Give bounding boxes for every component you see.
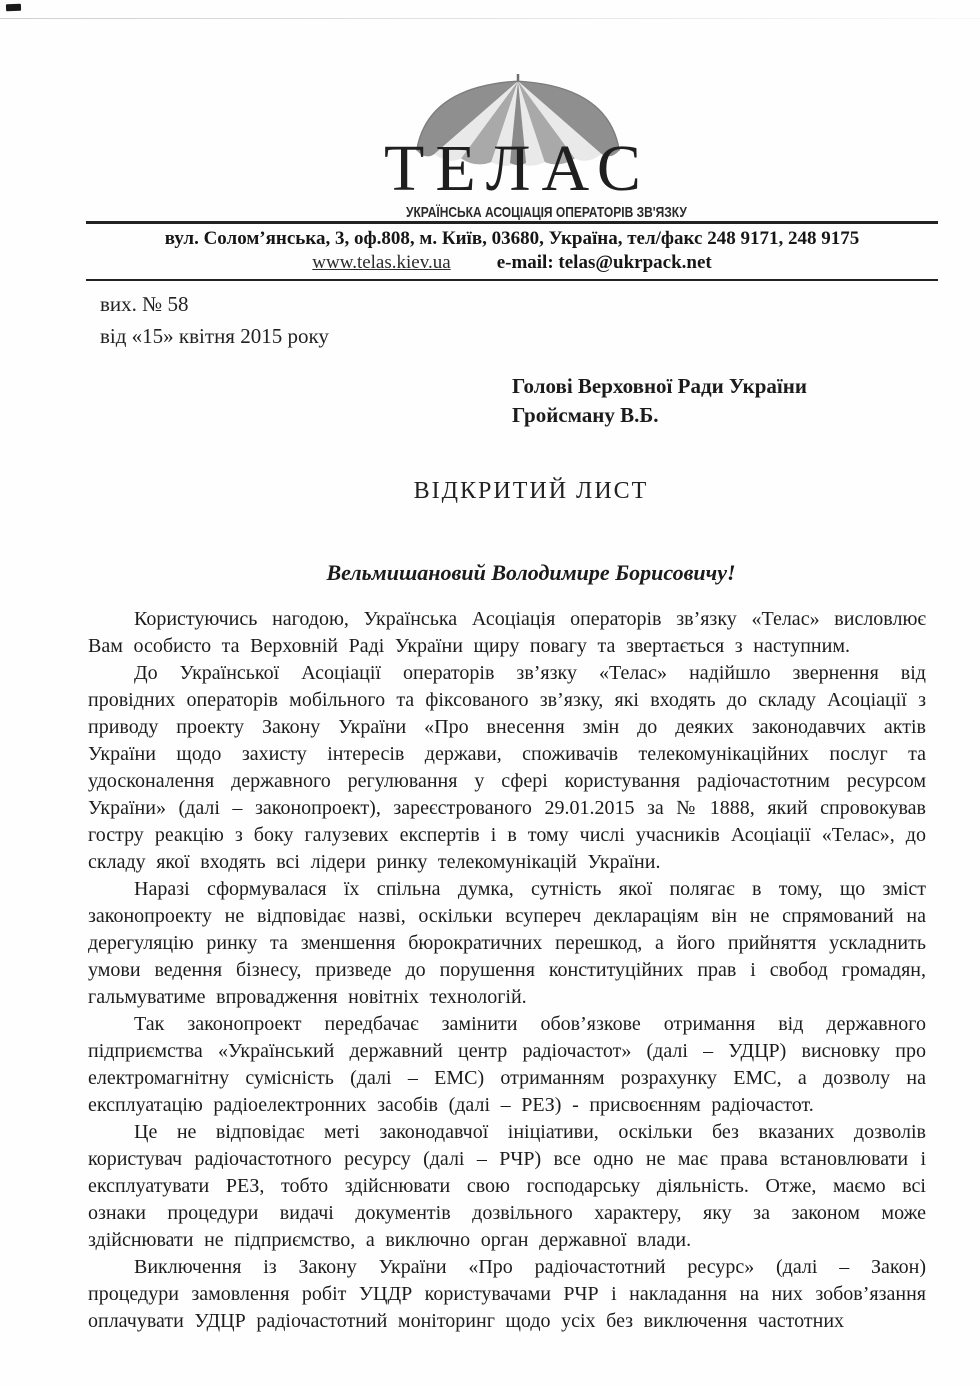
- logo-wordmark: ТЕЛАС: [378, 136, 658, 202]
- salutation: Вельмишановий Володимире Борисовичу!: [86, 560, 976, 586]
- scanned-letter-page: ТЕЛАС УКРАЇНСЬКА АСОЦІАЦІЯ ОПЕРАТОРІВ ЗВ…: [0, 0, 980, 1386]
- reference-block: вих. № 58 від «15» квітня 2015 року: [100, 288, 329, 352]
- logo-tagline: УКРАЇНСЬКА АСОЦІАЦІЯ ОПЕРАТОРІВ ЗВ'ЯЗКУ: [406, 204, 630, 221]
- body-paragraph: Це не відповідає меті законодавчої ініці…: [88, 1119, 926, 1254]
- body-paragraph: Виключення із Закону України «Про радіоч…: [88, 1254, 926, 1335]
- letter-title: ВІДКРИТИЙ ЛИСТ: [86, 478, 976, 505]
- outgoing-number: вих. № 58: [100, 288, 329, 320]
- letterhead-contact-band: вул. Солом’янська, 3, оф.808, м. Київ, 0…: [86, 221, 938, 281]
- body-paragraph: До Української Асоціації операторів зв’я…: [88, 660, 926, 876]
- body-paragraph: Так законопроект передбачає замінити обо…: [88, 1011, 926, 1119]
- letterhead-contacts: www.telas.kiev.uae-mail: telas@ukrpack.n…: [86, 251, 938, 275]
- email-address: e-mail: telas@ukrpack.net: [497, 252, 712, 273]
- letter-date: від «15» квітня 2015 року: [100, 320, 329, 352]
- body-paragraph: Наразі сформувалася їх спільна думка, су…: [88, 876, 926, 1011]
- body-paragraph: Користуючись нагодою, Українська Асоціац…: [88, 606, 926, 660]
- addressee-name: Гройсману В.Б.: [512, 401, 807, 430]
- addressee-position: Голові Верховної Ради України: [512, 372, 807, 401]
- letter-body: Користуючись нагодою, Українська Асоціац…: [88, 606, 926, 1335]
- letterhead-address: вул. Солом’янська, 3, оф.808, м. Київ, 0…: [86, 227, 938, 251]
- website-link: www.telas.kiev.ua: [312, 252, 450, 273]
- organization-logo: ТЕЛАС УКРАЇНСЬКА АСОЦІАЦІЯ ОПЕРАТОРІВ ЗВ…: [378, 74, 658, 221]
- scan-artifact-mark: [6, 4, 21, 12]
- scan-edge-line: [0, 18, 980, 19]
- addressee-block: Голові Верховної Ради України Гройсману …: [512, 372, 807, 430]
